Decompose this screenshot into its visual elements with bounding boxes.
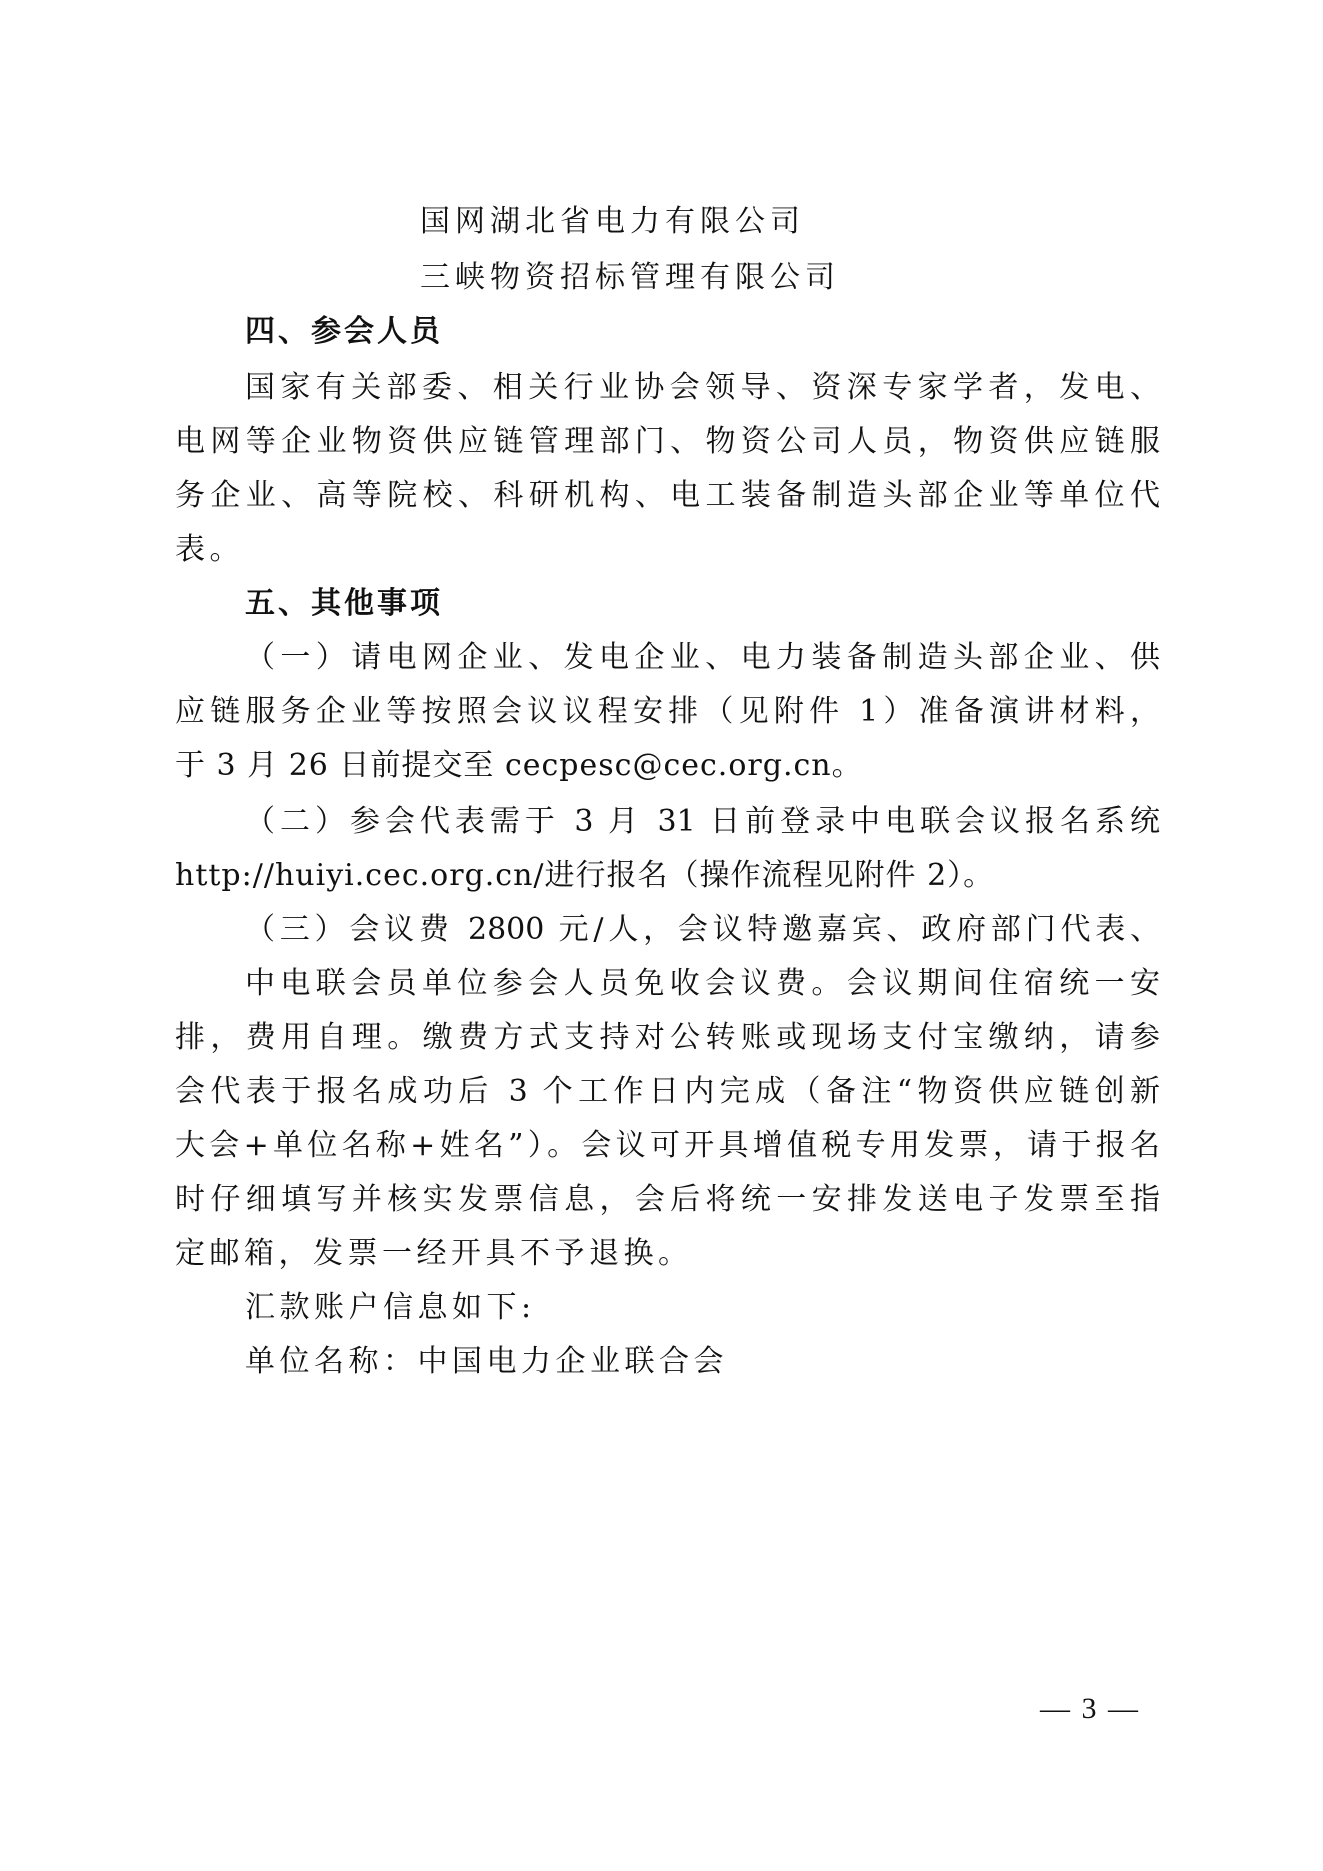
section-heading: 四、参会人员 [245,312,1160,352]
account-name: 单位名称：中国电力企业联合会 [245,1342,1160,1382]
paragraph-line: 时仔细填写并核实发票信息，会后将统一安排发送电子发票至指 [175,1180,1160,1220]
account-intro: 汇款账户信息如下: [245,1288,1160,1328]
paragraph-line: 定邮箱，发票一经开具不予退换。 [175,1234,1160,1274]
paragraph-line: 务企业、高等院校、科研机构、电工装备制造头部企业等单位代 [175,476,1160,516]
page-number: — 3 — [1040,1692,1140,1726]
paragraph-line: 国家有关部委、相关行业协会领导、资深专家学者，发电、 [245,368,1160,408]
paragraph-line: （一）请电网企业、发电企业、电力装备制造头部企业、供 [245,638,1160,678]
paragraph-line: 会代表于报名成功后 3 个工作日内完成（备注“物资供应链创新 [175,1072,1160,1112]
paragraph-line: 电网等企业物资供应链管理部门、物资公司人员，物资供应链服 [175,422,1160,462]
paragraph-line: 中电联会员单位参会人员免收会议费。会议期间住宿统一安 [245,964,1160,1004]
organizer-line: 三峡物资招标管理有限公司 [420,258,840,298]
paragraph-line: （三）会议费 2800 元/人，会议特邀嘉宾、政府部门代表、 [245,910,1160,950]
paragraph-line: （二）参会代表需于 3 月 31 日前登录中电联会议报名系统 [245,802,1160,842]
paragraph-line: 大会+单位名称+姓名”）。会议可开具增值税专用发票，请于报名 [175,1126,1160,1166]
paragraph-line: 于 3 月 26 日前提交至 cecpesc@cec.org.cn。 [175,746,1160,786]
section-heading: 五、其他事项 [245,584,1160,624]
organizer-line: 国网湖北省电力有限公司 [420,202,805,242]
paragraph-line: 排，费用自理。缴费方式支持对公转账或现场支付宝缴纳，请参 [175,1018,1160,1058]
paragraph-line: http://huiyi.cec.org.cn/进行报名（操作流程见附件 2）。 [175,856,1160,896]
paragraph-line: 表。 [175,530,1160,570]
paragraph-line: 应链服务企业等按照会议议程安排（见附件 1）准备演讲材料， [175,692,1160,732]
